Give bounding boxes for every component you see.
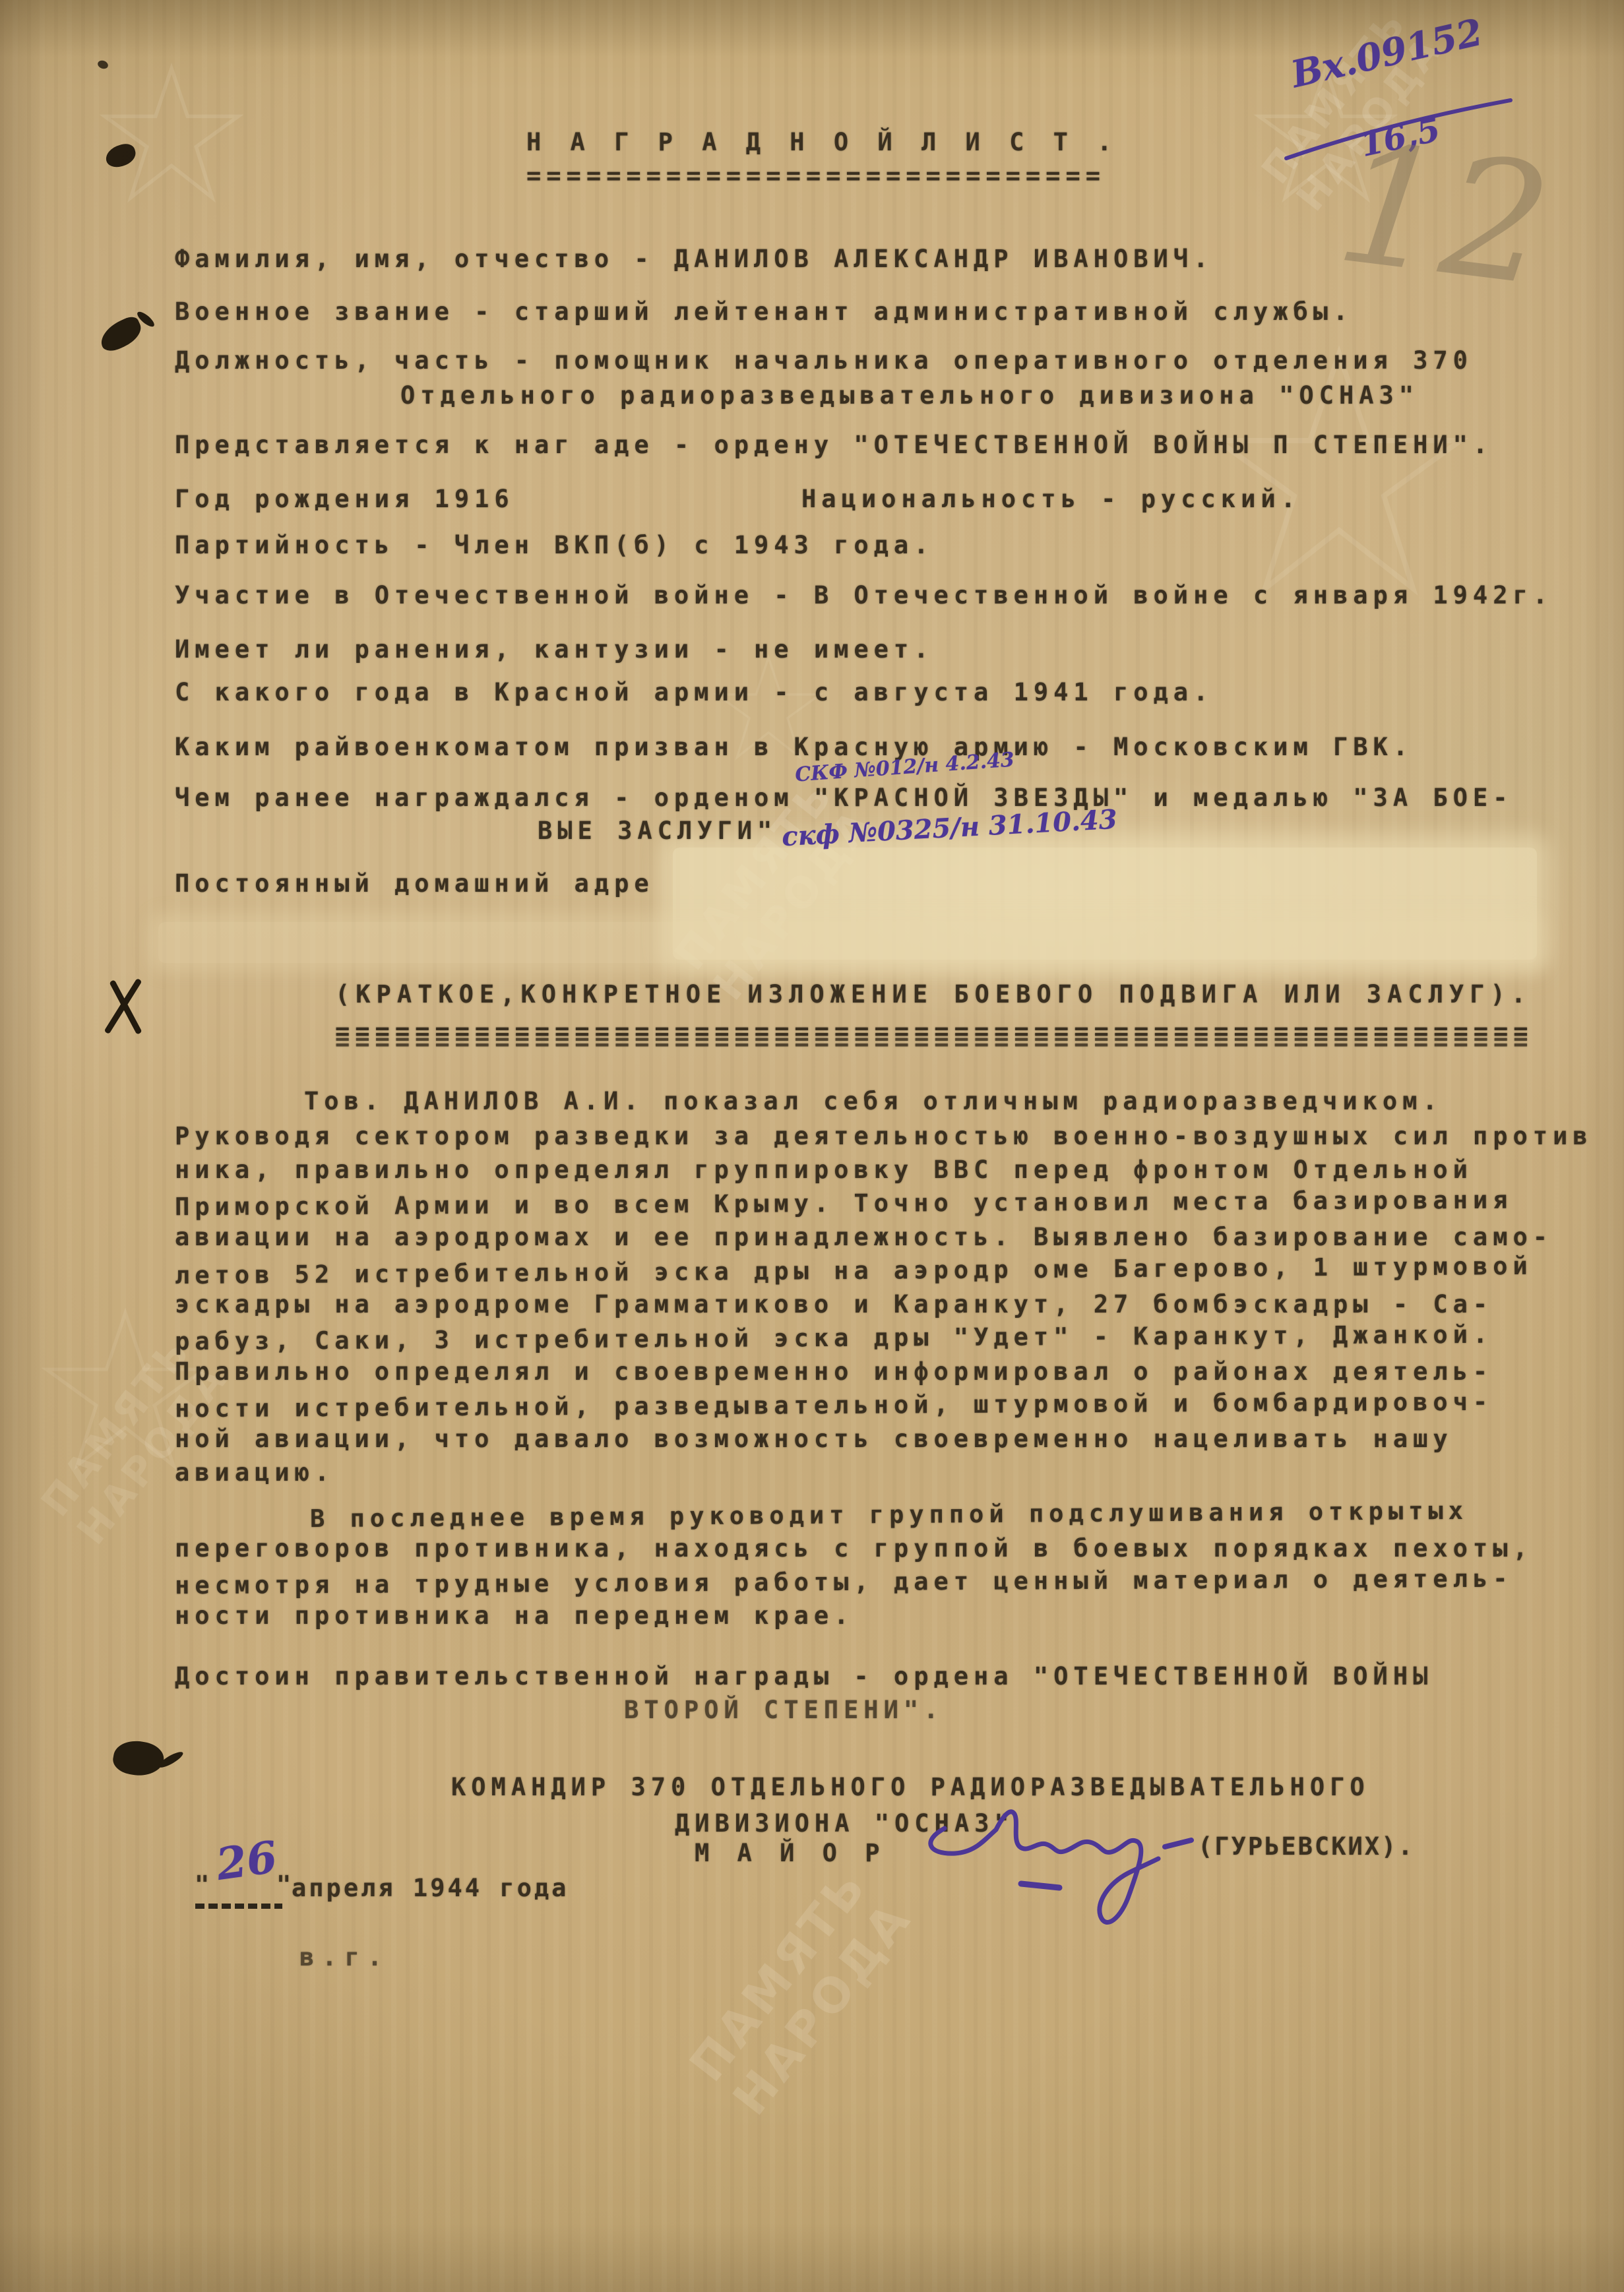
form-line-wounds: Имеет ли ранения, кантузии - не имеет. <box>175 636 933 664</box>
citation-paragraph-line: эскадры на аэродроме Грамматиково и Кара… <box>175 1291 1493 1318</box>
form-line-position-2: Отдельного радиоразведывательного дивизи… <box>400 383 1419 410</box>
citation-conclusion: Достоин правительственной награды - орде… <box>175 1663 1433 1690</box>
citation-paragraph-line: рабуз, Саки, 3 истребительной эска дры "… <box>175 1322 1493 1355</box>
citation-paragraph-line: ника, правильно определял группировку ВВ… <box>175 1157 1473 1184</box>
form-line-war-participation: Участие в Отечественной войне - В Отечес… <box>175 582 1553 609</box>
citation-underline: ========================================… <box>335 1029 1534 1056</box>
citation-header: (КРАТКОЕ,КОНКРЕТНОЕ ИЗЛОЖЕНИЕ БОЕВОГО ПО… <box>335 981 1532 1008</box>
form-line-previous-awards: Чем ранее награждался - орденом "КРАСНОЙ… <box>175 785 1513 812</box>
citation-paragraph-line: Тов. ДАНИЛОВ А.И. показал себя отличным … <box>304 1088 1443 1115</box>
citation-paragraph-line: ной авиации, что давало возможность свое… <box>175 1426 1453 1453</box>
citation-paragraph-line: В последнее время руководит группой подс… <box>310 1498 1468 1533</box>
citation-paragraph-line: Правильно определял и своевременно инфор… <box>175 1359 1493 1386</box>
form-line-position: Должность, часть - помощник начальника о… <box>175 348 1473 375</box>
citation-paragraph-line: переговоров противника, находясь с групп… <box>175 1535 1533 1563</box>
paper-defect <box>96 314 146 355</box>
form-line-award: Представляется к наг аде - ордену "ОТЕЧЕ… <box>175 432 1493 459</box>
award-sheet-document: ПАМЯТЬ НАРОДА ПАМЯТЬ НАРОДА ПАМЯТЬ НАРОД… <box>0 0 1624 2292</box>
citation-paragraph-line: ности противника на переднем крае. <box>175 1603 854 1630</box>
date-underline <box>195 1904 282 1909</box>
title-underline: ============================= <box>526 163 1106 190</box>
erased-band <box>158 922 1537 963</box>
form-line-party: Партийность - Член ВКП(б) с 1943 года. <box>175 532 933 559</box>
citation-paragraph-line: летов 52 истребительной эска дры на аэро… <box>175 1253 1533 1289</box>
form-line-previous-awards-2: ВЫЕ ЗАСЛУГИ" <box>538 818 777 845</box>
citation-conclusion-2: ВТОРОЙ СТЕПЕНИ". <box>624 1697 943 1724</box>
document-title: Н А Г Р А Д Н О Й Л И С Т . <box>526 129 1119 156</box>
form-line-recruited-by: Каким райвоенкоматом призван в Красную а… <box>175 734 1413 761</box>
commander-rank: М А Й О Р <box>695 1840 886 1867</box>
pencil-mark: 12 <box>1328 107 1559 323</box>
date-quote-open: " <box>195 1872 214 1899</box>
citation-paragraph-line: несмотря на трудные условия работы, дает… <box>175 1566 1513 1599</box>
form-line-army-since: С какого года в Красной армии - с август… <box>175 679 1213 706</box>
paper-defect <box>111 1737 166 1780</box>
typist-initials: в.г. <box>299 1944 390 1971</box>
citation-paragraph-line: авиации на аэродромах и ее принадлежност… <box>175 1224 1553 1251</box>
form-line-home-address: Постоянный домашний адре <box>175 871 654 898</box>
commander-name: (ГУРЬЕВСКИХ). <box>1198 1834 1415 1861</box>
date-text: апреля 1944 года <box>292 1875 569 1902</box>
form-line-birth-year: Год рождения 1916 <box>175 486 515 513</box>
citation-paragraph-line: Приморской Армии и во всем Крыму. Точно … <box>175 1187 1513 1221</box>
handwritten-date-day: 26 <box>213 1831 280 1890</box>
citation-paragraph-line: ности истребительной, разведывательной, … <box>175 1389 1493 1423</box>
watermark-star-icon <box>99 63 244 208</box>
form-line-surname: Фамилия, имя, отчество - ДАНИЛОВ АЛЕКСАН… <box>175 246 1213 273</box>
pamyat-naroda-watermark: ПАМЯТЬ НАРОДА <box>679 1857 922 2125</box>
citation-paragraph-line: авиацию. <box>175 1460 334 1487</box>
commander-signature <box>910 1781 1214 1966</box>
form-line-nationality: Национальность - русский. <box>801 486 1301 513</box>
form-line-rank: Военное звание - старший лейтенант админ… <box>175 299 1353 326</box>
citation-paragraph-line: Руководя сектором разведки за деятельнос… <box>175 1123 1593 1150</box>
